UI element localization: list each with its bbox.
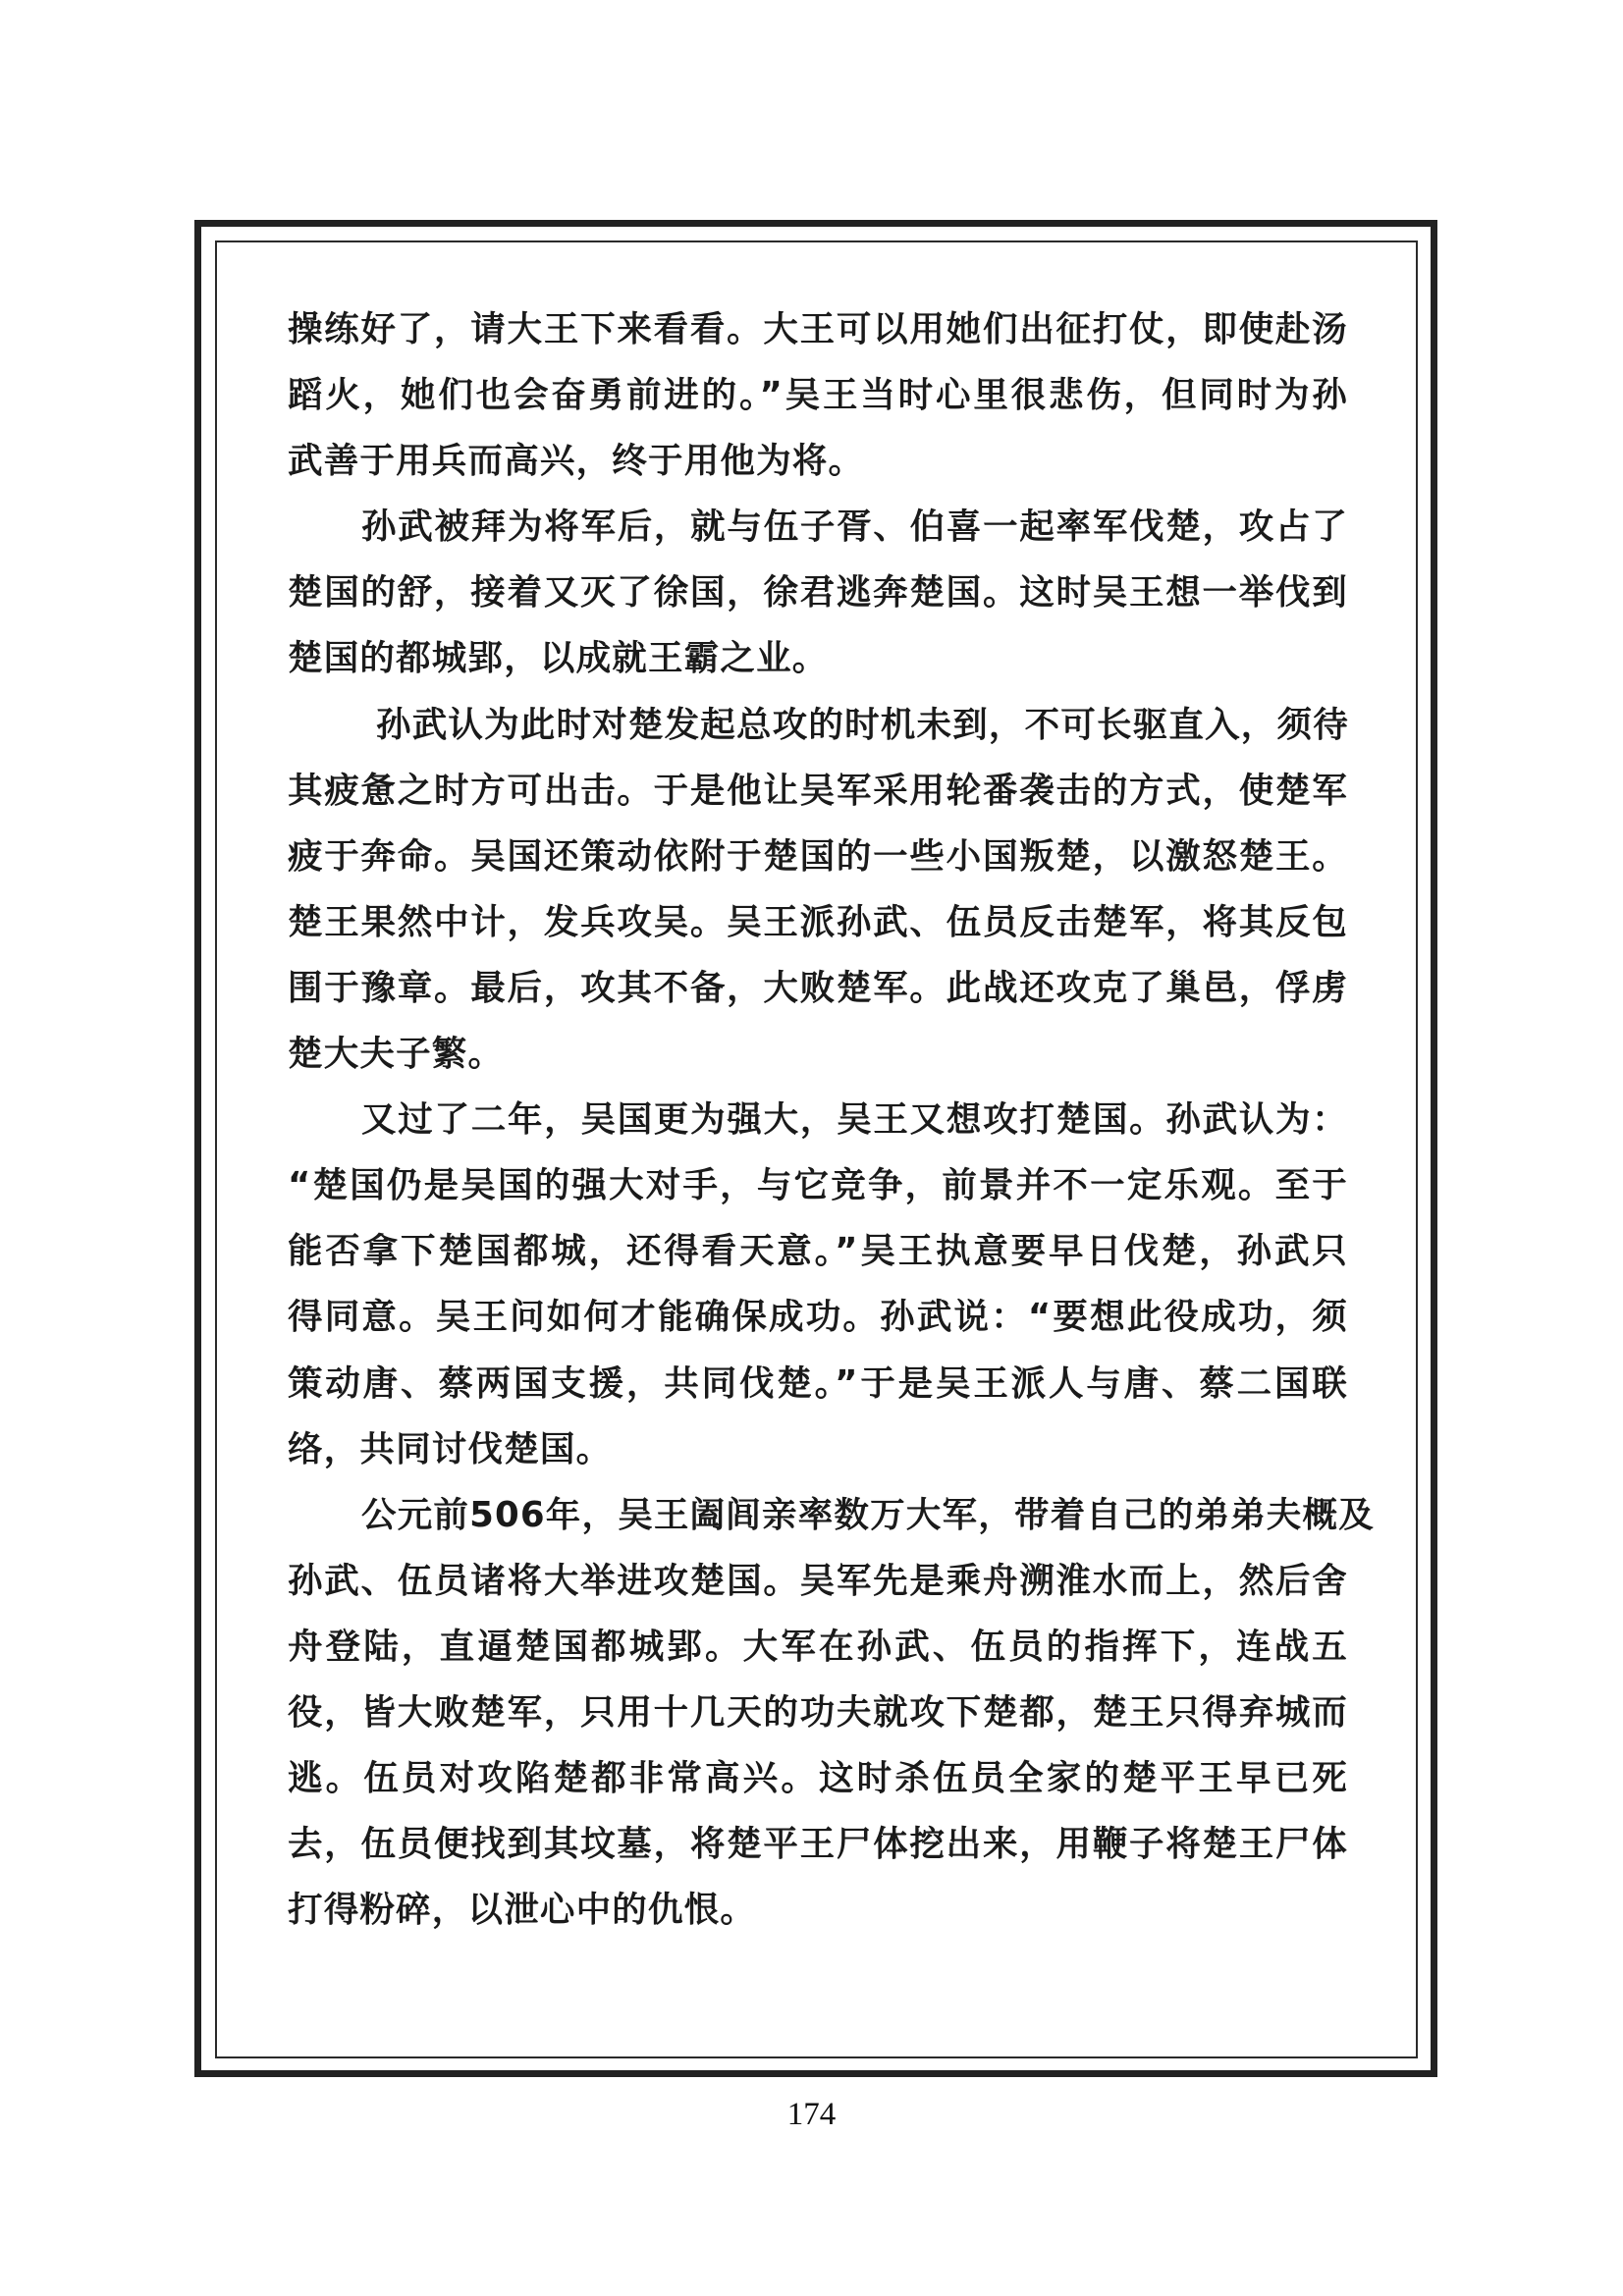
text-line: 楚大夫子繁。 [288, 1021, 1348, 1087]
text-line: 楚王果然中计，发兵攻吴。吴王派孙武、伍员反击楚军，将其反包 [288, 889, 1348, 955]
page-number: 174 [0, 2097, 1623, 2133]
body-text: 操练好了，请大王下来看看。大王可以用她们出征打仗，即使赴汤 蹈火，她们也会奋勇前… [288, 296, 1348, 1943]
paragraph-3: 孙武认为此时对楚发起总攻的时机未到，不可长驱直入，须待 其疲惫之时方可出击。于是… [288, 692, 1348, 1088]
text-line: 去，伍员便找到其坟墓，将楚平王尸体挖出来，用鞭子将楚王尸体 [288, 1811, 1348, 1877]
text-line: 楚国的都城郢，以成就王霸之业。 [288, 625, 1348, 691]
text-line: 逃。伍员对攻陷楚都非常高兴。这时杀伍员全家的楚平王早已死 [288, 1745, 1348, 1811]
text-line: 武善于用兵而高兴，终于用他为将。 [288, 428, 1348, 494]
text-line: 舟登陆，直逼楚国都城郢。大军在孙武、伍员的指挥下，连战五 [288, 1614, 1348, 1680]
text-line: 操练好了，请大王下来看看。大王可以用她们出征打仗，即使赴汤 [288, 296, 1348, 362]
paragraph-1: 操练好了，请大王下来看看。大王可以用她们出征打仗，即使赴汤 蹈火，她们也会奋勇前… [288, 296, 1348, 494]
text-line: 孙武被拜为将军后，就与伍子胥、伯喜一起率军伐楚，攻占了 [288, 494, 1348, 560]
text-line: 公元前506年，吴王阖闾亲率数万大军，带着自己的弟弟夫概及 [288, 1482, 1348, 1548]
paragraph-2: 孙武被拜为将军后，就与伍子胥、伯喜一起率军伐楚，攻占了 楚国的舒，接着又灭了徐国… [288, 494, 1348, 691]
text-line: 蹈火，她们也会奋勇前进的。”吴王当时心里很悲伤，但同时为孙 [288, 362, 1348, 428]
text-line: 得同意。吴王问如何才能确保成功。孙武说：“要想此役成功，须 [288, 1284, 1348, 1350]
paragraph-5: 公元前506年，吴王阖闾亲率数万大军，带着自己的弟弟夫概及 孙武、伍员诸将大举进… [288, 1482, 1348, 1944]
text-line: 楚国的舒，接着又灭了徐国，徐君逃奔楚国。这时吴王想一举伐到 [288, 560, 1348, 625]
text-line: 疲于奔命。吴国还策动依附于楚国的一些小国叛楚，以激怒楚王。 [288, 824, 1348, 889]
text-line: 打得粉碎，以泄心中的仇恨。 [288, 1877, 1348, 1943]
text-line: 孙武、伍员诸将大举进攻楚国。吴军先是乘舟溯淮水而上，然后舍 [288, 1548, 1348, 1614]
text-line: 役，皆大败楚军，只用十几天的功夫就攻下楚都，楚王只得弃城而 [288, 1680, 1348, 1745]
text-line: 孙武认为此时对楚发起总攻的时机未到，不可长驱直入，须待 [288, 692, 1348, 758]
paragraph-4: 又过了二年，吴国更为强大，吴王又想攻打楚国。孙武认为： “楚国仍是吴国的强大对手… [288, 1087, 1348, 1482]
text-line: 其疲惫之时方可出击。于是他让吴军采用轮番袭击的方式，使楚军 [288, 758, 1348, 824]
text-line: 策动唐、蔡两国支援，共同伐楚。”于是吴王派人与唐、蔡二国联 [288, 1351, 1348, 1416]
text-line: 能否拿下楚国都城，还得看天意。”吴王执意要早日伐楚，孙武只 [288, 1218, 1348, 1284]
text-line: “楚国仍是吴国的强大对手，与它竞争，前景并不一定乐观。至于 [288, 1152, 1348, 1218]
text-line: 络，共同讨伐楚国。 [288, 1416, 1348, 1482]
text-line: 又过了二年，吴国更为强大，吴王又想攻打楚国。孙武认为： [288, 1087, 1348, 1152]
text-line: 围于豫章。最后，攻其不备，大败楚军。此战还攻克了巢邑，俘虏 [288, 955, 1348, 1021]
